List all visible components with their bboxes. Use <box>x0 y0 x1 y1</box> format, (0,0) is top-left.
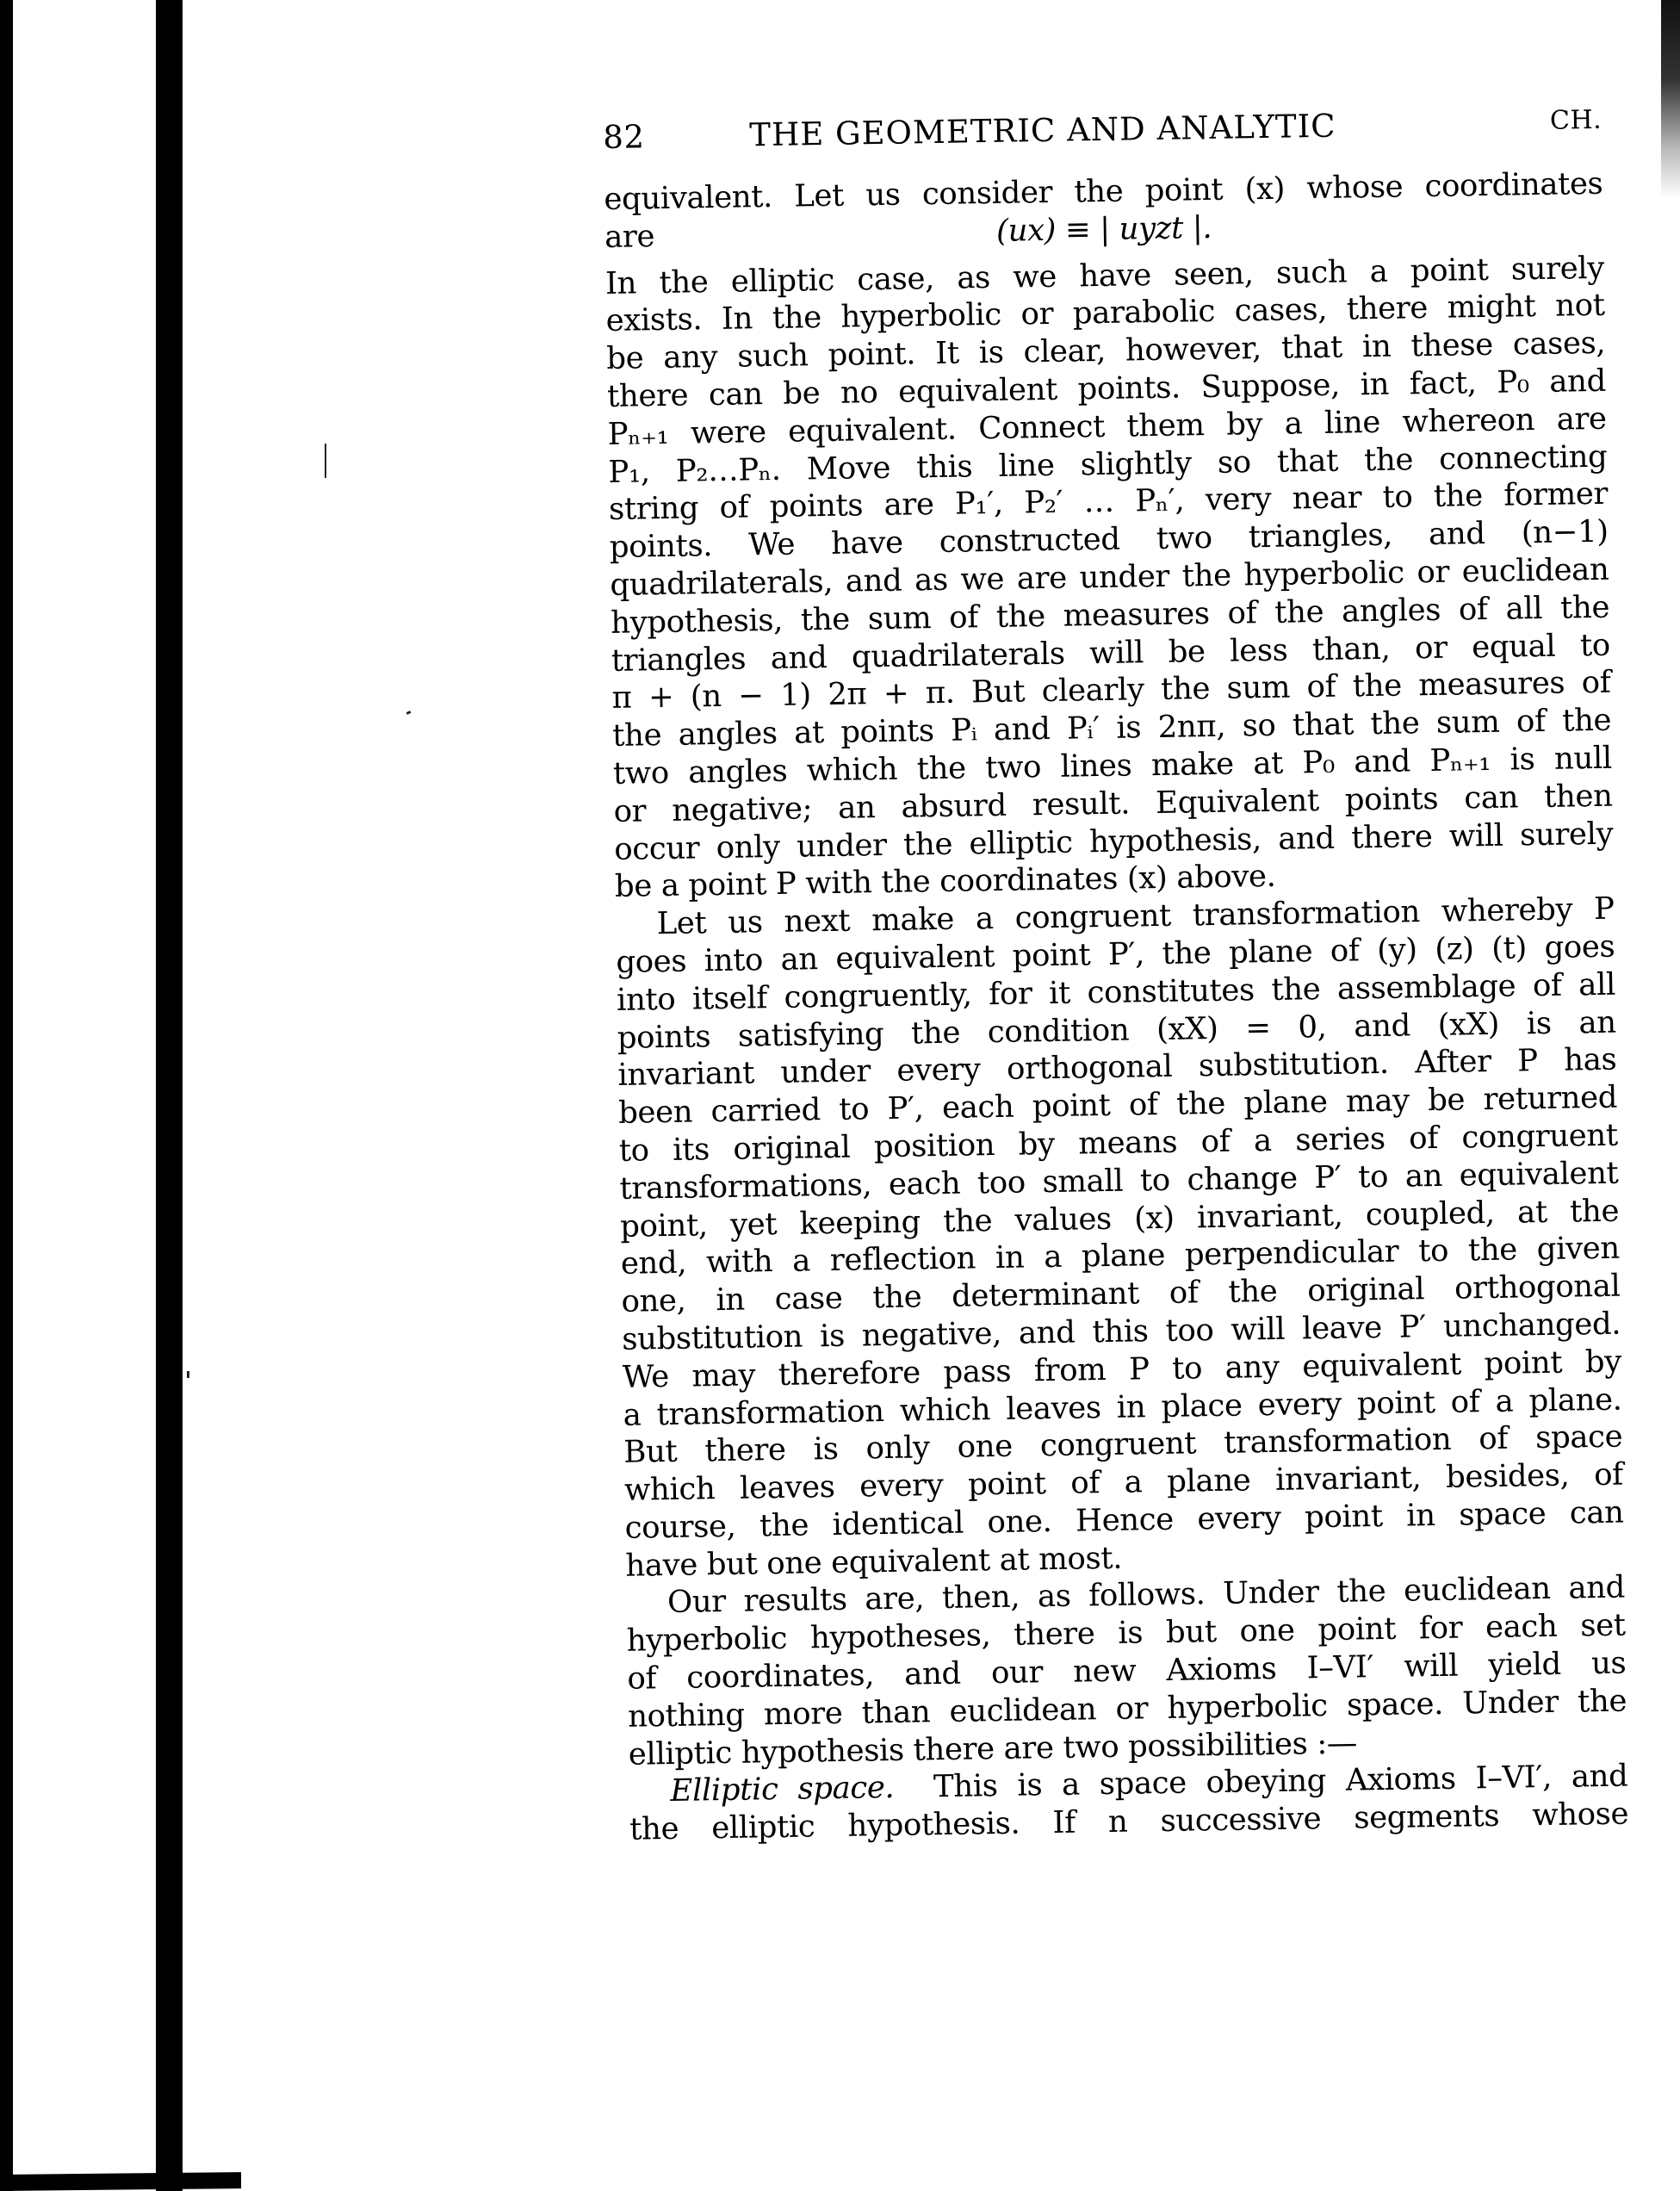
margin-speck <box>406 711 412 715</box>
paragraph: Elliptic space. This is a space obeying … <box>629 1758 1628 1849</box>
running-title: THE GEOMETRIC AND ANALYTIC <box>749 108 1336 154</box>
running-head: 82 THE GEOMETRIC AND ANALYTIC CH. <box>603 103 1603 171</box>
text-block: equivalent. Let us consider the point (x… <box>604 165 1628 1849</box>
chapter-mark: CH. <box>1550 105 1603 136</box>
paragraph: Our results are, then, as follows. Under… <box>626 1569 1627 1773</box>
scan-edge-right <box>1661 0 1680 198</box>
margin-speck <box>187 1371 189 1378</box>
page-number: 82 <box>603 118 645 156</box>
scan-gutter-shadow <box>156 0 183 2191</box>
run-in-heading: Elliptic space. <box>670 1770 894 1809</box>
margin-mark <box>325 444 326 478</box>
equation-label: are <box>604 218 655 257</box>
paragraph: Let us next make a congruent transformat… <box>615 891 1624 1585</box>
scan-edge-left <box>0 0 13 2191</box>
book-page: 82 THE GEOMETRIC AND ANALYTIC CH. equiva… <box>603 103 1628 1849</box>
equation-expression: (ux) ≡ | uyzt |. <box>996 209 1212 251</box>
scan-edge-bottom <box>0 2172 241 2191</box>
paragraph: In the elliptic case, as we have seen, s… <box>605 249 1615 906</box>
